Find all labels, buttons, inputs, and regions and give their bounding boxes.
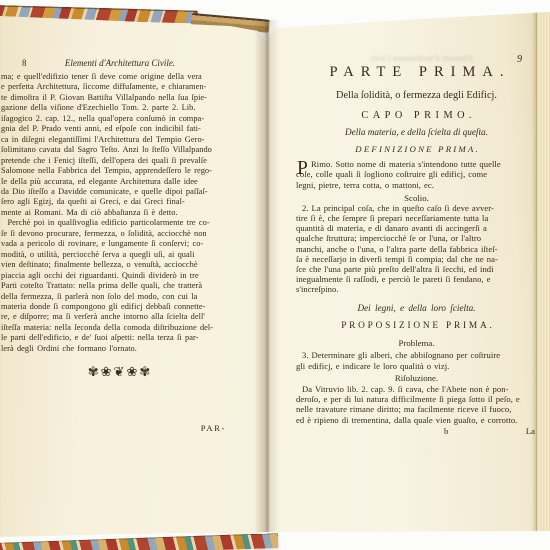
right-page-text: PARTE PRIMA. Della ſolidità, o fermezza … xyxy=(296,64,537,437)
text-line: pretende che i Fenicj iſteſſi, dell'oper… xyxy=(1,156,239,166)
text-line: le parti dell'edificio, e de' ſuoi aſpet… xyxy=(1,333,239,343)
text-line: deroſo, e per di lui natura difficilment… xyxy=(296,394,537,404)
problema-text: 3. Determinare gli alberi, che abbiſogna… xyxy=(296,350,537,371)
text-line: materia donde ſi compongono gli edificj … xyxy=(1,302,239,312)
catchword-right: La xyxy=(526,426,535,436)
text-line: qualche ſtruttura; imperciocchè ſe or l'… xyxy=(296,233,537,243)
text-line: vada a pericolo di rovinare, e lungament… xyxy=(1,239,239,249)
proposition-heading: PROPOSIZIONE PRIMA. xyxy=(296,320,537,332)
scolio-heading: Scolio. xyxy=(296,193,537,203)
text-line: manchi, anche o l'una, o l'altra parte d… xyxy=(296,244,537,254)
text-line: ſce che l'una parte più preſto dell'altr… xyxy=(296,264,537,274)
text-line: Rimo. Sotto nome di materia s'intendono … xyxy=(296,159,537,169)
text-line: s'increſpino. xyxy=(296,284,537,294)
page-number-left: 8 xyxy=(22,58,27,68)
fore-edge xyxy=(536,10,550,534)
floral-ornament-icon: ✾❀❦❀✾ xyxy=(1,365,239,380)
drop-cap: P xyxy=(297,159,308,179)
catchword-left: PAR- xyxy=(1,423,239,433)
section-subtitle: Dei legni, e della loro ſcielta. xyxy=(296,303,537,314)
body-text: ma; e quell'edifizio tener ſi deve come … xyxy=(1,72,239,354)
definition-text: P Rimo. Sotto nome di materia s'intendon… xyxy=(296,159,537,190)
text-line: iſteſſa materia: nella ſeconda della com… xyxy=(1,323,239,333)
text-line: ed è ripieno di trementina, dalla quale … xyxy=(296,415,537,425)
ghost-show-through-text: Elementi d'Architettura Civile. xyxy=(318,53,523,63)
scolio-text: 2. La principal coſa, che in queſto caſo… xyxy=(296,203,537,294)
text-line: Da Vitruvio lib. 2. cap. 9. ſi cava, che… xyxy=(296,384,537,394)
text-line: Parti coteſto Trattato: nella prima dell… xyxy=(1,281,239,291)
text-line: quantità di materia, e di danaro avanti … xyxy=(296,223,537,233)
text-line: ſolimitano cavata dal Sagro Teſto. Anzi … xyxy=(1,145,239,155)
text-line: legni, pietre, terra cotta, o mattoni, e… xyxy=(296,180,537,190)
text-line: 2. La principal coſa, che in queſto caſo… xyxy=(296,203,537,213)
text-line: modità, o utilità, perciocchè ſerva a qu… xyxy=(1,250,239,260)
problema-heading: Problema. xyxy=(296,338,537,348)
text-line: della fermezza, ſi parlerà non ſolo del … xyxy=(1,292,239,302)
definition-heading: DEFINIZIONE PRIMA. xyxy=(296,144,537,155)
text-line: Perchè poi in qualſivoglia edificio part… xyxy=(1,218,239,228)
text-line: gli edificj, e indicare le loro qualità … xyxy=(296,361,537,371)
signature-row: b La xyxy=(296,426,537,437)
running-header-title: Elementi d'Architettura Civile. xyxy=(65,58,175,68)
signature-mark: b xyxy=(444,426,448,436)
text-line: lerà degli Ordini che formano l'ornato. xyxy=(1,344,239,354)
text-line: ſero agli Egizj, da queſti ai Greci, e d… xyxy=(1,197,239,207)
chapter-title: CAPO PRIMO. xyxy=(296,110,537,122)
text-line: e perfetta Architettura, ſiccome diffuſa… xyxy=(1,82,239,92)
text-line: 3. Determinare gli alberi, che abbiſogna… xyxy=(296,350,537,360)
text-line: ſa è neceſſarjo in diverſi tempi ſi comp… xyxy=(296,254,537,264)
chapter-subtitle: Della materia, e della ſcielta di queſta… xyxy=(296,127,537,138)
text-line: mente ai Romani. Ma di ciò abbaſtanza ſi… xyxy=(1,208,239,218)
text-line: tire ſi è, che ſempre ſi prepari neceſſa… xyxy=(296,213,537,223)
text-line: coſe, colle quali ſi ſogliono coſtruire … xyxy=(296,169,537,179)
text-line: ca in diſegni elegantiſſimi l'Architettu… xyxy=(1,135,239,145)
text-line: gnia del P. Prado venti anni, ed eſpoſe … xyxy=(1,124,239,134)
risoluzione-text: Da Vitruvio lib. 2. cap. 9. ſi cava, che… xyxy=(296,384,537,425)
text-line: le della più accurata, ed elegante Archi… xyxy=(1,177,239,187)
text-line: da Dio iſteſſo a Davidde comunicate, e q… xyxy=(1,187,239,197)
text-line: ma; e quell'edifizio tener ſi deve come … xyxy=(1,72,239,82)
text-line: iſagogico 2. cap. 12., nella qual'opera … xyxy=(1,114,239,124)
risoluzione-heading: Riſoluzione. xyxy=(296,373,537,383)
left-page-text: 8 Elementi d'Architettura Civile. ma; e … xyxy=(1,58,239,433)
text-line: gazione della viſione d'Ezechiello Tom. … xyxy=(1,103,239,113)
text-line: te dimoſtra il P. Giovan Battiſta Villal… xyxy=(1,93,239,103)
text-line: Salomone nella Fabbrica del Tempio, appr… xyxy=(1,166,239,176)
text-line: ſe ſi devono procurare, fermezza, o ſoli… xyxy=(1,229,239,239)
part-title: PARTE PRIMA. xyxy=(296,64,537,80)
running-header: 8 Elementi d'Architettura Civile. xyxy=(1,58,239,70)
text-line: nelle travature rimane diritto; ma facil… xyxy=(296,404,537,414)
gutter-shadow xyxy=(254,20,280,532)
text-line: re, e diſporre; ma ſi verſerà anche into… xyxy=(1,312,239,322)
text-line: inegualmente ſi raſſodi, e perciò le par… xyxy=(296,274,537,284)
part-subtitle: Della ſolidità, o fermezza degli Edificj… xyxy=(296,89,537,102)
text-line: vien deſtinato; finalmente bellezza, o v… xyxy=(1,260,239,270)
text-line: piaccia agli occhi dei riguardanti. Quin… xyxy=(1,271,239,281)
